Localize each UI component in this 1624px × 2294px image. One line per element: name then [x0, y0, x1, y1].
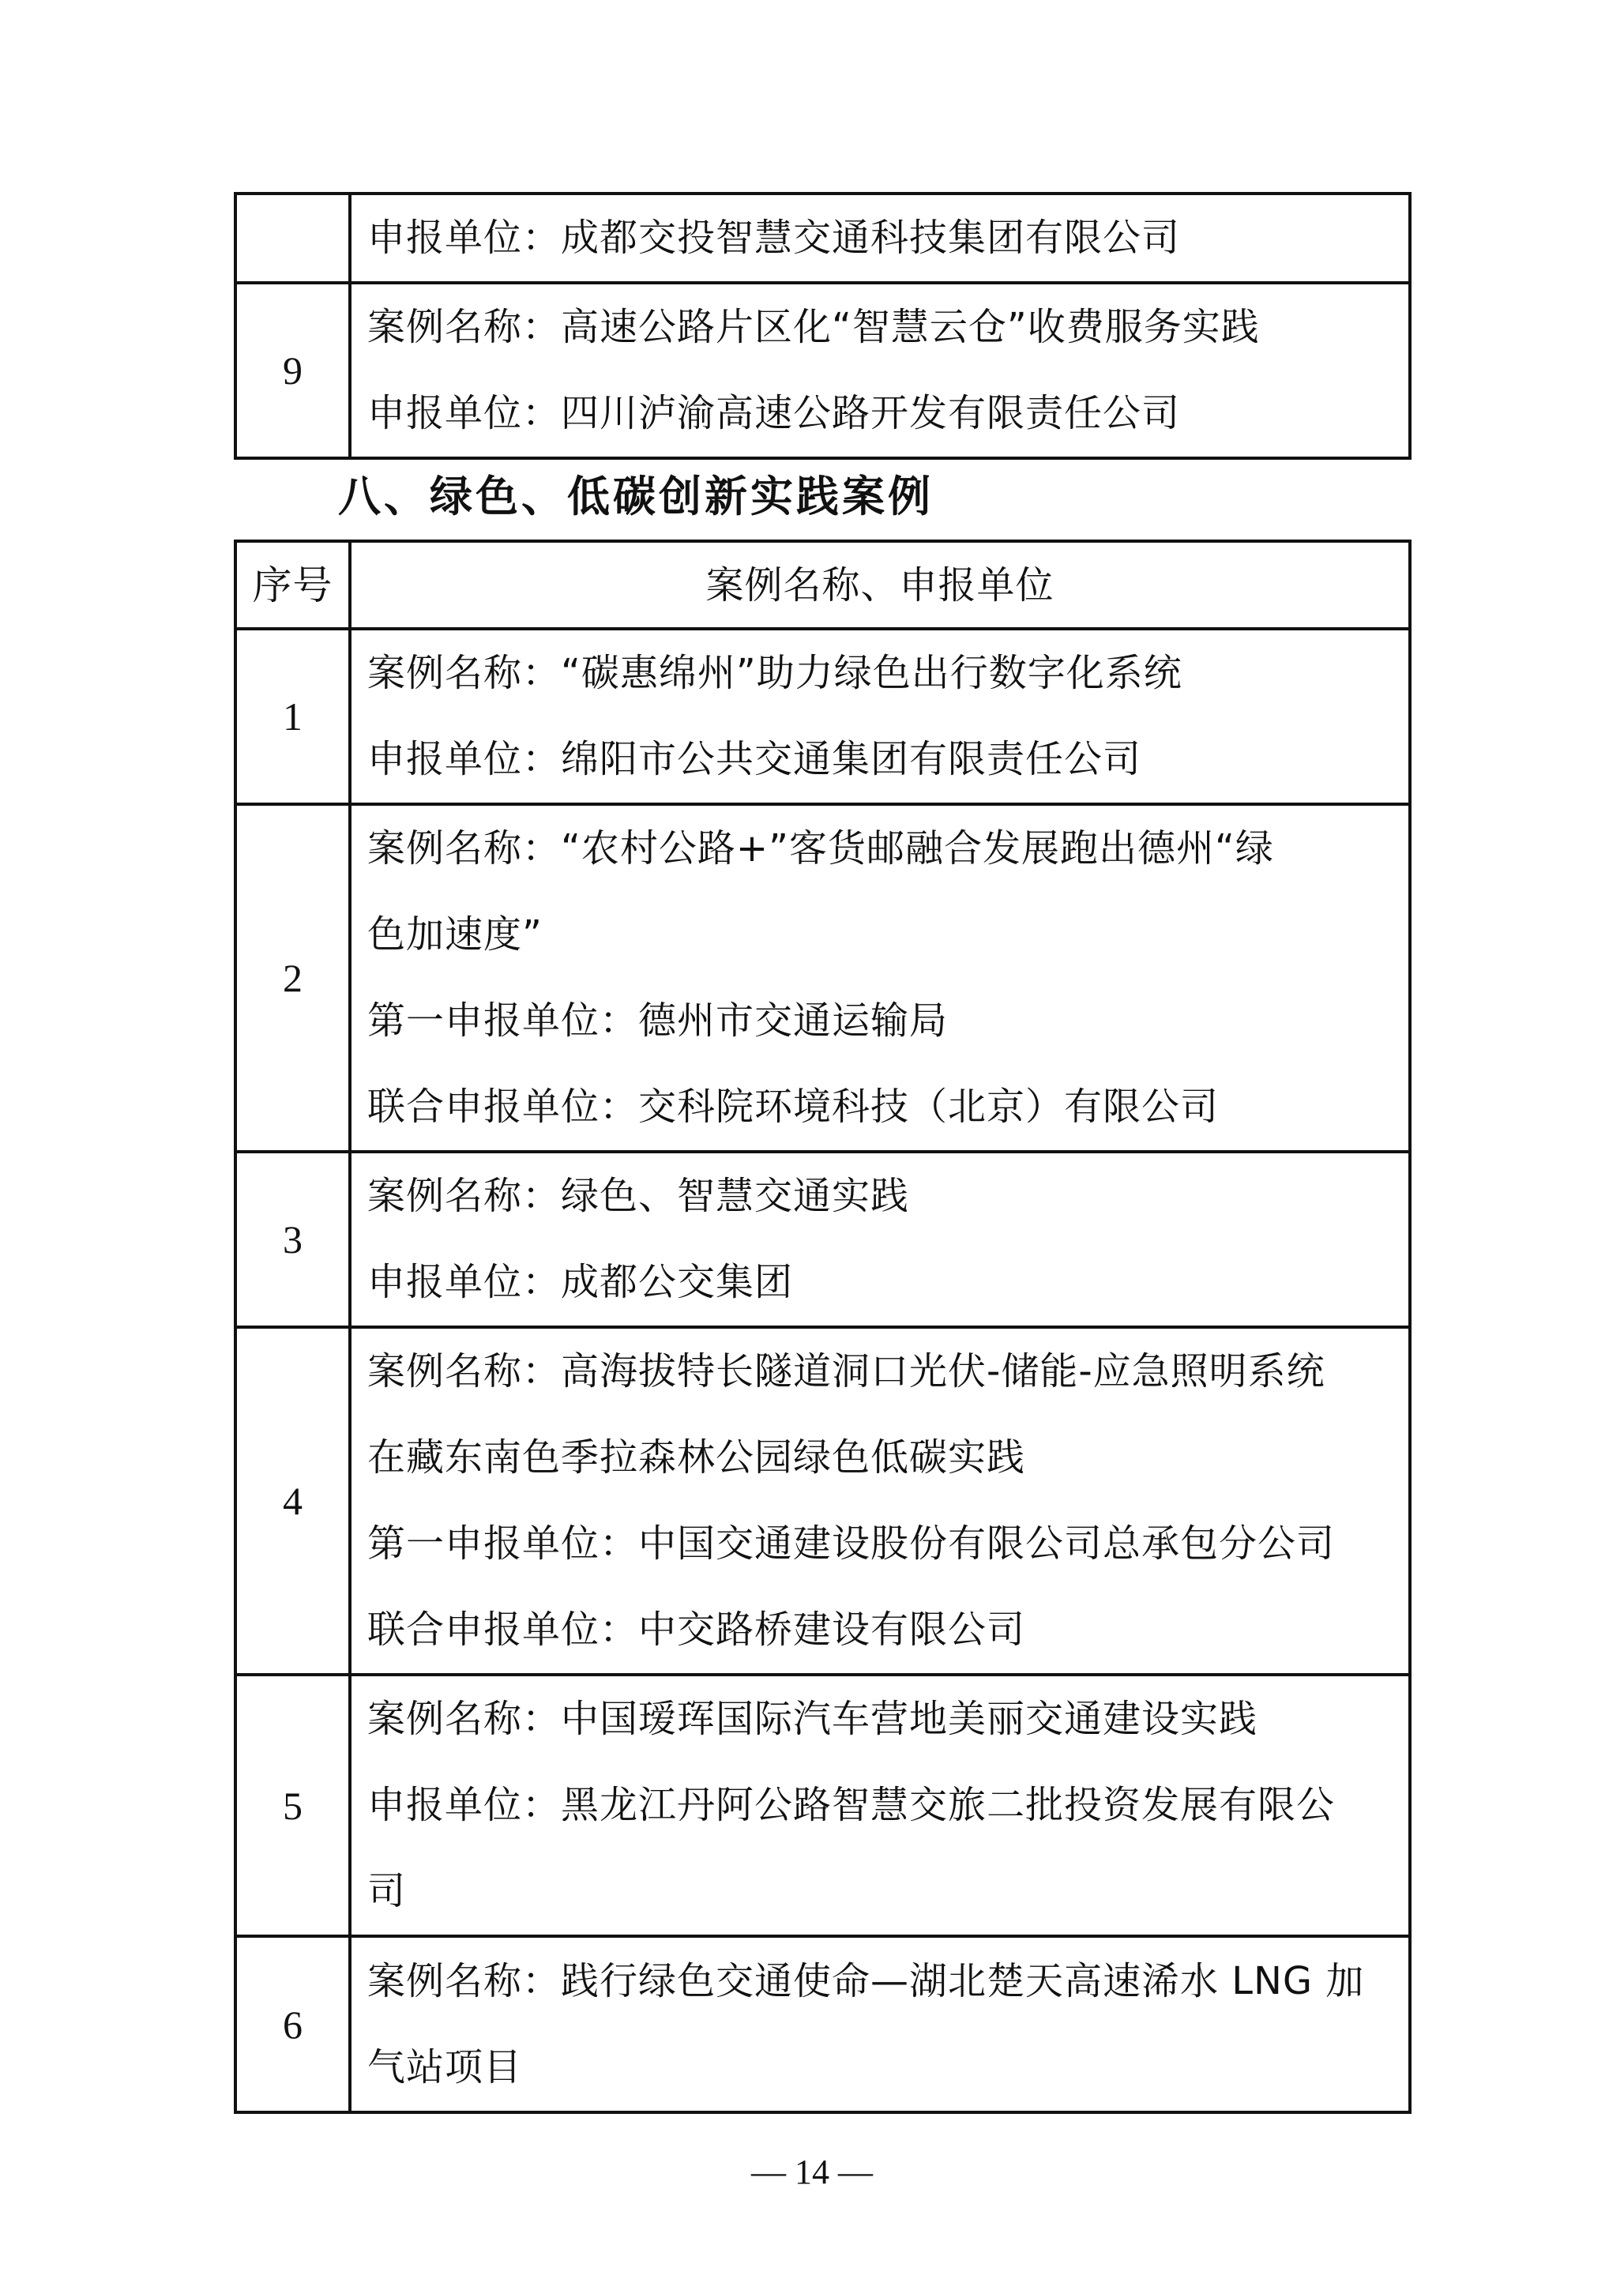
reporting-unit-continued: 司	[367, 1848, 1396, 1935]
table-row: 5 案例名称：中国瑷珲国际汽车营地美丽交通建设实践 申报单位：黑龙江丹阿公路智慧…	[235, 1675, 1410, 1936]
table-row: 2 案例名称：“农村公路+”客货邮融合发展跑出德州“绿 色加速度” 第一申报单位…	[235, 804, 1410, 1152]
table-row: 9 案例名称：高速公路片区化“智慧云仓”收费服务实践 申报单位：四川泸渝高速公路…	[235, 283, 1410, 458]
case-table-green-lowcarbon: 序号 案例名称、申报单位 1 案例名称：“碳惠绵州”助力绿色出行数字化系统 申报…	[234, 540, 1412, 2114]
case-name: 案例名称：中国瑷珲国际汽车营地美丽交通建设实践	[367, 1676, 1396, 1762]
case-name: 案例名称：践行绿色交通使命—湖北楚天高速浠水 LNG 加	[367, 1939, 1396, 2025]
header-content: 案例名称、申报单位	[350, 541, 1410, 629]
reporting-unit: 申报单位：成都公交集团	[367, 1239, 1396, 1326]
reporting-unit: 申报单位：黑龙江丹阿公路智慧交旅二批投资发展有限公	[367, 1762, 1396, 1848]
case-name-continued: 在藏东南色季拉森林公园绿色低碳实践	[367, 1415, 1396, 1501]
table-header-row: 序号 案例名称、申报单位	[235, 541, 1410, 629]
joint-reporting-unit: 联合申报单位：中交路桥建设有限公司	[367, 1587, 1396, 1673]
case-name: 案例名称：高速公路片区化“智慧云仓”收费服务实践	[367, 284, 1396, 370]
case-table-continued: 申报单位：成都交投智慧交通科技集团有限公司 9 案例名称：高速公路片区化“智慧云…	[234, 192, 1412, 460]
row-content: 案例名称：“碳惠绵州”助力绿色出行数字化系统 申报单位：绵阳市公共交通集团有限责…	[350, 629, 1410, 804]
case-name: 案例名称：“碳惠绵州”助力绿色出行数字化系统	[367, 630, 1396, 716]
case-name: 案例名称：“农村公路+”客货邮融合发展跑出德州“绿	[367, 806, 1396, 892]
case-name: 案例名称：高海拔特长隧道洞口光伏-储能-应急照明系统	[367, 1329, 1396, 1415]
row-number	[235, 194, 350, 283]
reporting-unit: 申报单位：四川泸渝高速公路开发有限责任公司	[367, 370, 1396, 457]
case-name: 案例名称：绿色、智慧交通实践	[367, 1153, 1396, 1239]
row-content: 案例名称：践行绿色交通使命—湖北楚天高速浠水 LNG 加 气站项目	[350, 1936, 1410, 2112]
row-content: 案例名称：高速公路片区化“智慧云仓”收费服务实践 申报单位：四川泸渝高速公路开发…	[350, 283, 1410, 458]
case-name-continued: 气站项目	[367, 2025, 1396, 2111]
table-row: 6 案例名称：践行绿色交通使命—湖北楚天高速浠水 LNG 加 气站项目	[235, 1936, 1410, 2112]
section-heading: 八、绿色、低碳创新实践案例	[338, 471, 934, 521]
table-row: 4 案例名称：高海拔特长隧道洞口光伏-储能-应急照明系统 在藏东南色季拉森林公园…	[235, 1327, 1410, 1675]
row-number: 5	[235, 1675, 350, 1936]
table-row: 1 案例名称：“碳惠绵州”助力绿色出行数字化系统 申报单位：绵阳市公共交通集团有…	[235, 629, 1410, 804]
case-name-continued: 色加速度”	[367, 892, 1396, 978]
row-content: 案例名称：“农村公路+”客货邮融合发展跑出德州“绿 色加速度” 第一申报单位：德…	[350, 804, 1410, 1152]
table-row: 申报单位：成都交投智慧交通科技集团有限公司	[235, 194, 1410, 283]
row-content: 案例名称：绿色、智慧交通实践 申报单位：成都公交集团	[350, 1152, 1410, 1327]
document-page: 申报单位：成都交投智慧交通科技集团有限公司 9 案例名称：高速公路片区化“智慧云…	[0, 0, 1624, 2294]
row-number: 9	[235, 283, 350, 458]
table-row: 3 案例名称：绿色、智慧交通实践 申报单位：成都公交集团	[235, 1152, 1410, 1327]
reporting-unit: 申报单位：成都交投智慧交通科技集团有限公司	[367, 195, 1396, 281]
joint-reporting-unit: 联合申报单位：交科院环境科技（北京）有限公司	[367, 1064, 1396, 1150]
row-number: 1	[235, 629, 350, 804]
row-content: 案例名称：中国瑷珲国际汽车营地美丽交通建设实践 申报单位：黑龙江丹阿公路智慧交旅…	[350, 1675, 1410, 1936]
first-reporting-unit: 第一申报单位：德州市交通运输局	[367, 978, 1396, 1064]
row-number: 2	[235, 804, 350, 1152]
row-content: 案例名称：高海拔特长隧道洞口光伏-储能-应急照明系统 在藏东南色季拉森林公园绿色…	[350, 1327, 1410, 1675]
row-content: 申报单位：成都交投智慧交通科技集团有限公司	[350, 194, 1410, 283]
row-number: 6	[235, 1936, 350, 2112]
page-number: — 14 —	[0, 2149, 1624, 2196]
row-number: 3	[235, 1152, 350, 1327]
reporting-unit: 申报单位：绵阳市公共交通集团有限责任公司	[367, 716, 1396, 803]
header-number: 序号	[235, 541, 350, 629]
first-reporting-unit: 第一申报单位：中国交通建设股份有限公司总承包分公司	[367, 1501, 1396, 1587]
row-number: 4	[235, 1327, 350, 1675]
